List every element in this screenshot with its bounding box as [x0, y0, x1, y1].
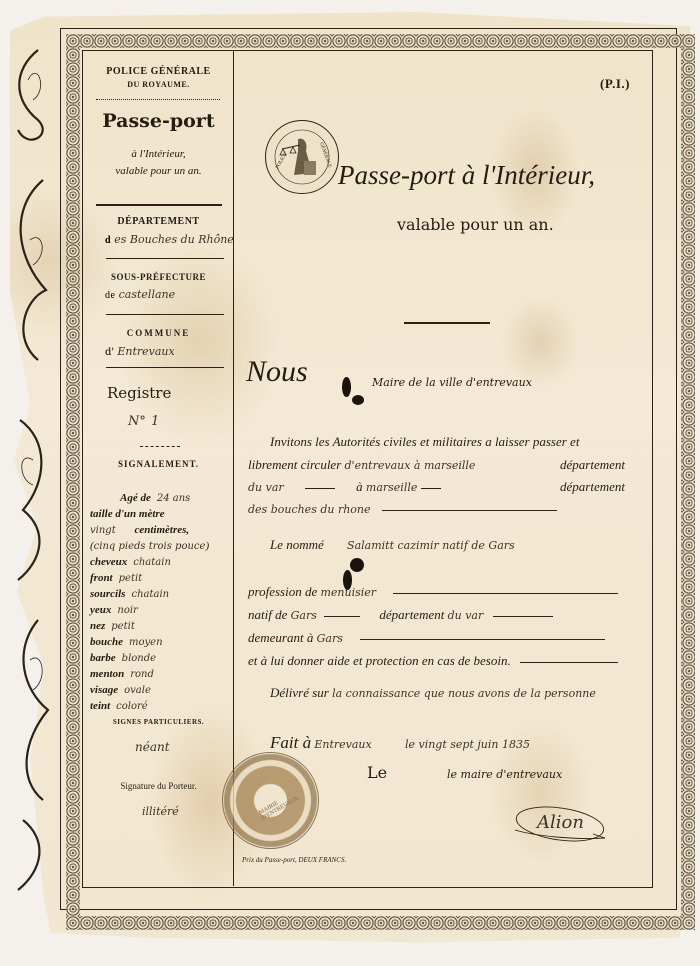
taille-value: vingt	[90, 525, 116, 536]
price-note: Prix du Passe-port, DEUX FRANCS.	[242, 856, 346, 864]
left-title: Passe-port	[86, 110, 231, 132]
dashed-divider	[140, 446, 180, 447]
header-police-generale: POLICE GÉNÉRALE	[86, 66, 231, 77]
departement-label: DÉPARTEMENT	[86, 216, 231, 227]
natif-line: natif de Gars département du var	[248, 607, 643, 623]
calligraphic-flourish-icon	[8, 40, 58, 900]
nez-row: nezpetit	[90, 620, 230, 632]
justice-figure-icon: POLICE GÉNÉRALE	[266, 121, 338, 193]
form-code: (P.I.)	[600, 76, 630, 92]
police-generale-seal: POLICE GÉNÉRALE	[265, 120, 339, 194]
destination-departement-line: des bouches du rhone	[248, 501, 643, 517]
nous-value: Maire de la ville d'entrevaux	[372, 376, 532, 389]
le-label: Le	[367, 763, 387, 782]
mairie-stamp: MAIRIE D'ENTREVAUX	[222, 752, 319, 849]
delivre-line: Délivré sur la connaissance que nous avo…	[248, 685, 665, 701]
title-divider	[404, 322, 490, 324]
divider	[106, 314, 224, 315]
svg-text:GÉNÉRALE: GÉNÉRALE	[318, 142, 333, 169]
teint-row: teintcoloré	[90, 700, 230, 712]
profession-value: menuisier	[320, 586, 376, 599]
main-subtitle: valable pour un an.	[397, 215, 554, 234]
dotted-divider	[96, 99, 220, 100]
cheveux-row: cheveuxchatain	[90, 556, 230, 568]
departement-value: es Bouches du Rhône	[114, 233, 234, 246]
pieds-value: cinq pieds trois pouce	[94, 541, 206, 552]
sous-prefecture-label: SOUS-PRÉFECTURE	[86, 272, 231, 282]
visage-row: visageovale	[90, 684, 230, 696]
commune-label: COMMUNE	[86, 328, 231, 338]
fait-line: Fait à Entrevaux le vingt sept juin 1835	[248, 733, 665, 753]
fait-date-value: le vingt sept juin 1835	[405, 738, 530, 751]
front-row: frontpetit	[90, 572, 230, 584]
sous-prefecture-field: de castellane	[105, 288, 175, 301]
departement-field: d es Bouches du Rhône	[105, 233, 234, 246]
left-subtitle-valable: valable pour un an.	[86, 165, 231, 177]
divider	[106, 367, 224, 368]
divider	[96, 204, 222, 206]
profession-line: profession de menuisier	[248, 584, 643, 600]
fait-place-value: Entrevaux	[314, 738, 371, 751]
le-nomme-line: Le nommé Salamitt cazimir natif de Gars	[248, 537, 665, 553]
main-title: Passe-port à l'Intérieur,	[338, 160, 595, 191]
svg-text:POLICE: POLICE	[275, 152, 288, 170]
menton-row: mentonrond	[90, 668, 230, 680]
ink-blot	[350, 558, 364, 572]
header-du-royaume: DU ROYAUME.	[86, 80, 231, 89]
pieds-row: (cinq pieds trois pouce)	[90, 540, 230, 552]
sourcils-row: sourcilschatain	[90, 588, 230, 600]
librement-line: librement circuler d'entrevaux à marseil…	[248, 457, 643, 473]
nous-label: Nous	[246, 355, 308, 389]
left-subtitle-interieur: à l'Intérieur,	[86, 148, 231, 160]
issuing-authority-value: le maire d'entrevaux	[447, 768, 562, 781]
mayor-signature: Alion	[505, 800, 610, 848]
commune-field: d' Entrevaux	[105, 345, 175, 358]
signature-porteur-value: illitéré	[142, 805, 179, 818]
signes-particuliers-label: SIGNES PARTICULIERS.	[86, 718, 231, 726]
signalement-label: SIGNALEMENT.	[86, 459, 231, 469]
barbe-row: barbeblonde	[90, 652, 230, 664]
registre-number: N° 1	[128, 410, 159, 429]
age-value: 24 ans	[157, 493, 190, 504]
aide-line: et à lui donner aide et protection en ca…	[248, 653, 643, 669]
signature-porteur-label: Signature du Porteur.	[86, 781, 231, 791]
ink-blot	[342, 377, 351, 397]
ink-blot	[352, 395, 364, 405]
column-divider	[233, 50, 234, 886]
destination-line: du var à marseille département	[248, 479, 643, 495]
bouche-row: bouchemoyen	[90, 636, 230, 648]
registre-label: Registre	[107, 384, 171, 402]
yeux-row: yeuxnoir	[90, 604, 230, 616]
commune-value: Entrevaux	[117, 345, 174, 358]
sous-prefecture-value: castellane	[119, 288, 175, 301]
demeurant-line: demeurant à Gars	[248, 630, 643, 646]
divider	[106, 258, 224, 259]
taille-row: taille d'un mètre	[90, 508, 230, 520]
centimetres-row: vingt centimètres,	[90, 524, 230, 536]
invitons-line: Invitons les Autorités civiles et milita…	[248, 434, 665, 450]
route-value: d'entrevaux à marseille	[345, 459, 476, 472]
bearer-name-value: Salamitt cazimir natif de Gars	[347, 539, 515, 552]
signes-particuliers-value: néant	[135, 740, 170, 754]
age-row: Agé de24 ans	[120, 492, 260, 504]
